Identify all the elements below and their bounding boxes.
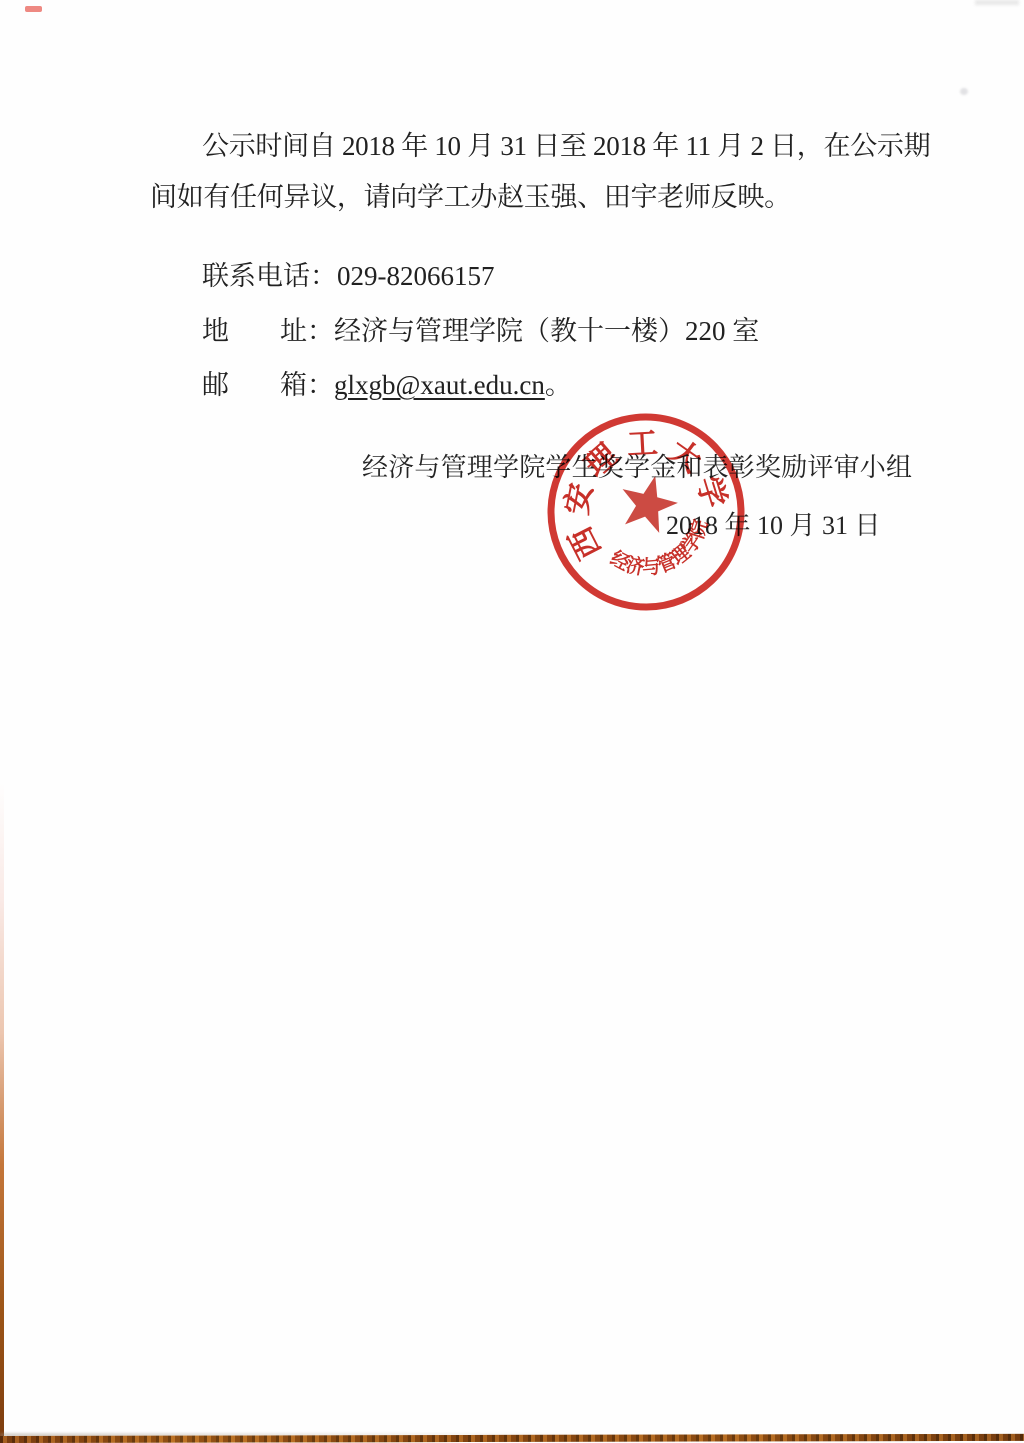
phone-label: 联系电话： [202, 261, 337, 291]
star-icon [614, 469, 682, 535]
paper-bottom-edge [0, 1434, 1024, 1443]
seal-ring-char: 工 [626, 425, 659, 462]
notice-paragraph-line-2: 间如有任何异议，请向学工办赵玉强、田宇老师反映。 [150, 182, 791, 213]
address-label-char-2: 址： [280, 316, 334, 346]
address-label-char-1: 地 [202, 316, 229, 346]
contact-address-row: 地址：经济与管理学院（教十一楼）220 室 [202, 316, 759, 347]
seal-ring-char: 学 [690, 472, 733, 512]
phone-value: 029-82066157 [337, 261, 495, 291]
seal-ring-char: 大 [663, 433, 708, 479]
scan-red-mark [25, 6, 42, 12]
email-label-char-1: 邮 [202, 370, 229, 400]
official-seal: 西 安 理 工 大 学 经济与管理学院 [528, 395, 764, 631]
email-label-char-2: 箱： [280, 370, 334, 400]
seal-ring-char: 安 [559, 480, 599, 517]
scanned-notice-page: 公示时间自 2018 年 10 月 31 日至 2018 年 11 月 2 日，… [0, 0, 1024, 1443]
seal-ring-char: 西 [562, 521, 607, 565]
scan-speck [960, 88, 968, 95]
address-value: 经济与管理学院（教十一楼）220 室 [334, 316, 759, 346]
contact-phone-row: 联系电话：029-82066157 [202, 261, 495, 292]
paper-left-edge [0, 782, 4, 1443]
scan-smudge [975, 0, 1019, 5]
email-address: glxgb@xaut.edu.cn [334, 370, 545, 400]
notice-paragraph-line-1: 公示时间自 2018 年 10 月 31 日至 2018 年 11 月 2 日，… [202, 131, 930, 162]
contact-email-row: 邮箱：glxgb@xaut.edu.cn。 [202, 370, 572, 401]
